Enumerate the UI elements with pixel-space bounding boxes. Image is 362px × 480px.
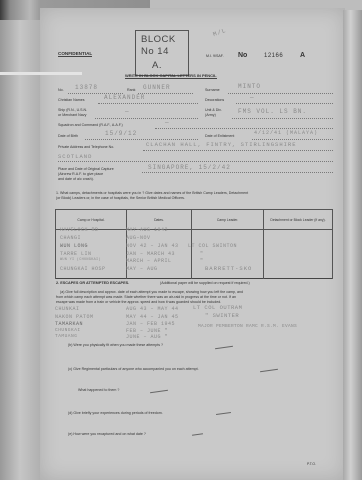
leader-cell: LT COL SWINTON <box>188 244 237 249</box>
question-d: (d) Give briefly your experiences during… <box>68 412 163 416</box>
dob-label: Date of Birth <box>58 135 78 139</box>
dates-cell: MAY–AUG 1942 <box>126 228 168 233</box>
camp-cell: WUN YI (CHUNGKAI) <box>60 259 101 263</box>
ship-value: — <box>125 109 130 115</box>
dates-cell: MAY – AUG <box>126 267 158 272</box>
section2-title: 2. ESCAPES OR ATTEMPTED ESCAPES. <box>56 282 129 286</box>
classification-label: CONFIDENTIAL <box>58 51 92 57</box>
question-c-followup: What happened to them ? <box>78 389 119 393</box>
no-label: No. <box>58 89 64 93</box>
escape-leader: " SWINTER <box>205 313 239 319</box>
unit-label-2: (Army) <box>205 114 216 118</box>
decorations-value: — <box>250 95 255 101</box>
rule <box>98 103 198 104</box>
camp-cell: WUN LONG <box>60 244 88 249</box>
christian-names-label: Christian Names <box>58 99 85 103</box>
squadron-label: Squadron and Command (R.A.F., A.A.F.) <box>58 124 123 128</box>
no-value: 13878 <box>75 85 98 91</box>
address-value: CLACHAN HALL, FINTRY, STIRLINGSHIRE <box>146 142 297 148</box>
stamp-line-2: No 14 <box>141 46 169 57</box>
escape-dates: JAN – FEB 1945 <box>126 322 175 327</box>
capture-value: SINGAPORE, 15/2/42 <box>148 165 231 171</box>
camp-cell: TARRE LIN <box>60 252 92 257</box>
rule <box>142 172 333 173</box>
enlistment-label: Date of Enlistment <box>205 135 234 139</box>
camp-cell: HAVELOCK RD <box>60 228 99 233</box>
section2-note: (Additional paper will be supplied on re… <box>160 282 250 286</box>
capture-label-3: and date of a/c crash). <box>58 178 94 182</box>
enlistment-value: 4/12/41 (MALAYA) <box>254 131 318 136</box>
page-edge <box>343 10 362 480</box>
question-b: (b) Were you physically fit when you mad… <box>68 344 163 348</box>
escape-camp: CHUNKAI <box>55 307 80 312</box>
address-label: Private Address and Telephone No. <box>58 146 114 150</box>
leader-cell: " <box>200 259 204 264</box>
camp-cell: CHANGI <box>60 236 81 241</box>
rule <box>143 150 333 151</box>
dates-cell: JAN – MARCH 43 <box>126 252 175 257</box>
dates-cell: NOV 42 – JAN 43 <box>126 244 179 249</box>
rank-label: Rank <box>127 89 135 93</box>
camp-cell: CHUNGKAI HOSP <box>60 267 106 272</box>
ship-label-2: or Merchant Navy <box>58 114 86 118</box>
dates-cell: AUG–NOV <box>126 236 151 241</box>
christian-names-value: ALEXANDER <box>104 95 145 101</box>
escape-leader: LT COL OUTRAM <box>193 305 242 311</box>
rule <box>228 93 333 94</box>
rank-value: GUNNER <box>143 85 171 91</box>
rule <box>58 161 333 162</box>
serial-number: 12166 <box>264 53 283 59</box>
leader-cell: " <box>200 252 204 257</box>
form-reference: M.I. 9/SAF. <box>206 55 224 59</box>
rule <box>138 93 193 94</box>
question-e: (e) How were you recaptured and on what … <box>68 433 146 437</box>
folder-cover <box>0 20 42 480</box>
rule <box>155 128 333 129</box>
dates-cell: MARCH – APRIL <box>126 259 172 264</box>
dob-value: 15/9/12 <box>105 131 137 137</box>
surname-value: MINTO <box>238 84 261 90</box>
escape-camp: TAMARKAN <box>55 322 83 327</box>
escape-dates: JUNE – AUG " <box>126 335 168 340</box>
escape-dates: AUG 43 – MAY 44 <box>126 307 179 312</box>
block-stamp: BLOCK No 14 A. <box>135 30 189 76</box>
squadron-value: — <box>165 120 170 126</box>
leader-cell: BARRETT-SKO <box>205 266 252 272</box>
stamp-line-1: BLOCK <box>141 34 176 45</box>
surname-label: Surname <box>205 89 220 93</box>
escape-camp: TAMUANG <box>55 335 77 340</box>
rule <box>252 139 333 140</box>
form-heading: WRITE IN BLOCK CAPITAL LETTERS IN PENCIL <box>125 73 217 79</box>
page-turn-note: P.T.O. <box>307 462 316 466</box>
question-c: (c) Give Regimental particulars of anyon… <box>68 368 199 372</box>
serial-suffix: A <box>300 52 305 59</box>
column-header-detachment-leader: Detachment or Block Leader (if any). <box>264 210 333 230</box>
decorations-label: Decorations <box>205 99 224 103</box>
escape-leader: MAJOR PEMBERTON RAMC R.S.M. EVANS <box>198 325 297 330</box>
escape-dates: MAY 44 – JAN 45 <box>126 315 179 320</box>
address-value-2: SCOTLAND <box>58 154 92 160</box>
rule <box>232 118 333 119</box>
stamp-line-3: A. <box>152 60 162 71</box>
column-header-camp-leader: Camp Leader. <box>192 210 264 230</box>
escape-camp: CHUNGKAI <box>55 329 81 334</box>
section1-question-2: (or Block) Leaders or, in the case of ho… <box>56 197 185 201</box>
unit-value: FMS VOL. LS BN. <box>238 109 307 115</box>
rule <box>85 139 198 140</box>
rule <box>95 118 198 119</box>
escape-camp: NAKON PATOM <box>55 315 94 320</box>
tie-string <box>0 72 82 75</box>
rule <box>236 103 333 104</box>
serial-label: No <box>238 52 247 59</box>
